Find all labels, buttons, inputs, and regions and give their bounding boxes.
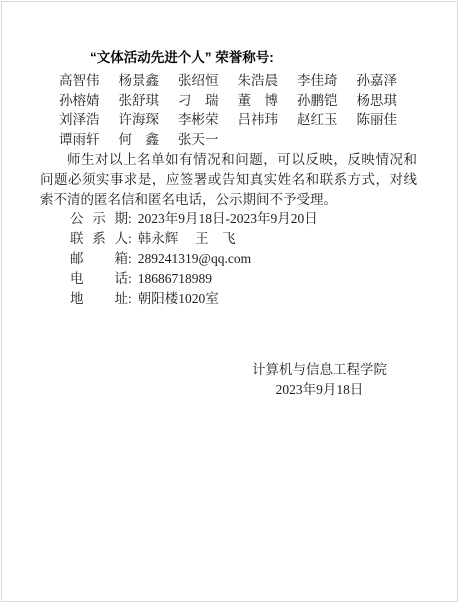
contact-value: 韩永辉 王 飞 — [138, 231, 236, 246]
honoree-name: 孙榕婧 — [59, 91, 100, 111]
contact-value: 18686718989 — [138, 271, 212, 286]
contact-label: 电话 — [70, 269, 128, 289]
honoree-name: 孙鹏铠 — [297, 91, 338, 111]
signature-date: 2023年9月18日 — [252, 380, 387, 400]
honoree-name: 谭雨轩 — [59, 130, 100, 150]
honoree-name: 吕祎玮 — [238, 110, 279, 130]
name-row-4: 谭雨轩 何 鑫 张天一 — [59, 130, 417, 150]
section-title: “文体活动先进个人” 荣誉称号: — [40, 48, 417, 68]
contact-line-email: 邮箱:289241319@qq.com — [70, 249, 417, 269]
name-row-3: 刘泽浩 许海琛 李彬荣 吕祎玮 赵红玉 陈丽佳 — [59, 110, 417, 130]
honoree-name: 张舒琪 — [119, 91, 160, 111]
contact-line-contact-person: 联系人:韩永辉 王 飞 — [70, 229, 417, 249]
name-row-2: 孙榕婧 张舒琪 刁 瑞 董 博 孙鹏铠 杨思琪 — [59, 91, 417, 111]
contact-value: 朝阳楼1020室 — [138, 291, 219, 306]
colon: : — [128, 271, 132, 286]
contact-label: 邮箱 — [70, 249, 128, 269]
honoree-name: 李佳琦 — [297, 71, 338, 91]
colon: : — [128, 291, 132, 306]
honoree-name: 陈丽佳 — [357, 110, 398, 130]
honoree-name: 张绍恒 — [178, 71, 219, 91]
notice-paragraph: 师生对以上名单如有情况和问题，可以反映，反映情况和问题必须实事求是，应签署或告知… — [40, 150, 417, 209]
honoree-name: 董 博 — [238, 91, 279, 111]
honoree-name: 孙嘉泽 — [357, 71, 398, 91]
colon: : — [128, 211, 132, 226]
honoree-name: 李彬荣 — [178, 110, 219, 130]
honoree-name: 刘泽浩 — [59, 110, 100, 130]
contact-value: 2023年9月18日-2023年9月20日 — [138, 211, 318, 226]
honoree-name: 朱浩晨 — [238, 71, 279, 91]
honoree-name: 高智伟 — [59, 71, 100, 91]
contact-label: 公示期 — [70, 209, 128, 229]
contact-label: 联系人 — [70, 229, 128, 249]
colon: : — [128, 231, 132, 246]
name-row-1: 高智伟 杨景鑫 张绍恒 朱浩晨 李佳琦 孙嘉泽 — [59, 71, 417, 91]
honoree-name-list: 高智伟 杨景鑫 张绍恒 朱浩晨 李佳琦 孙嘉泽 孙榕婧 张舒琪 刁 瑞 董 博 … — [59, 71, 417, 150]
honoree-name: 刁 瑞 — [178, 91, 219, 111]
honoree-name: 何 鑫 — [119, 130, 160, 150]
signature-block: 计算机与信息工程学院 2023年9月18日 — [252, 360, 387, 400]
honoree-name: 许海琛 — [119, 110, 160, 130]
contact-value: 289241319@qq.com — [138, 251, 251, 266]
honoree-name: 杨思琪 — [357, 91, 398, 111]
contact-line-phone: 电话:18686718989 — [70, 269, 417, 289]
honoree-name: 张天一 — [178, 130, 219, 150]
contact-line-address: 地址:朝阳楼1020室 — [70, 289, 417, 309]
contact-line-publicity-period: 公示期:2023年9月18日-2023年9月20日 — [70, 209, 417, 229]
document-content: “文体活动先进个人” 荣誉称号: 高智伟 杨景鑫 张绍恒 朱浩晨 李佳琦 孙嘉泽… — [2, 2, 457, 400]
honoree-name: 杨景鑫 — [119, 71, 160, 91]
contact-info: 公示期:2023年9月18日-2023年9月20日 联系人:韩永辉 王 飞 邮箱… — [70, 209, 417, 308]
document-page: “文体活动先进个人” 荣誉称号: 高智伟 杨景鑫 张绍恒 朱浩晨 李佳琦 孙嘉泽… — [1, 1, 458, 602]
colon: : — [128, 251, 132, 266]
honoree-name: 赵红玉 — [297, 110, 338, 130]
signature-org: 计算机与信息工程学院 — [252, 360, 387, 380]
contact-label: 地址 — [70, 289, 128, 309]
